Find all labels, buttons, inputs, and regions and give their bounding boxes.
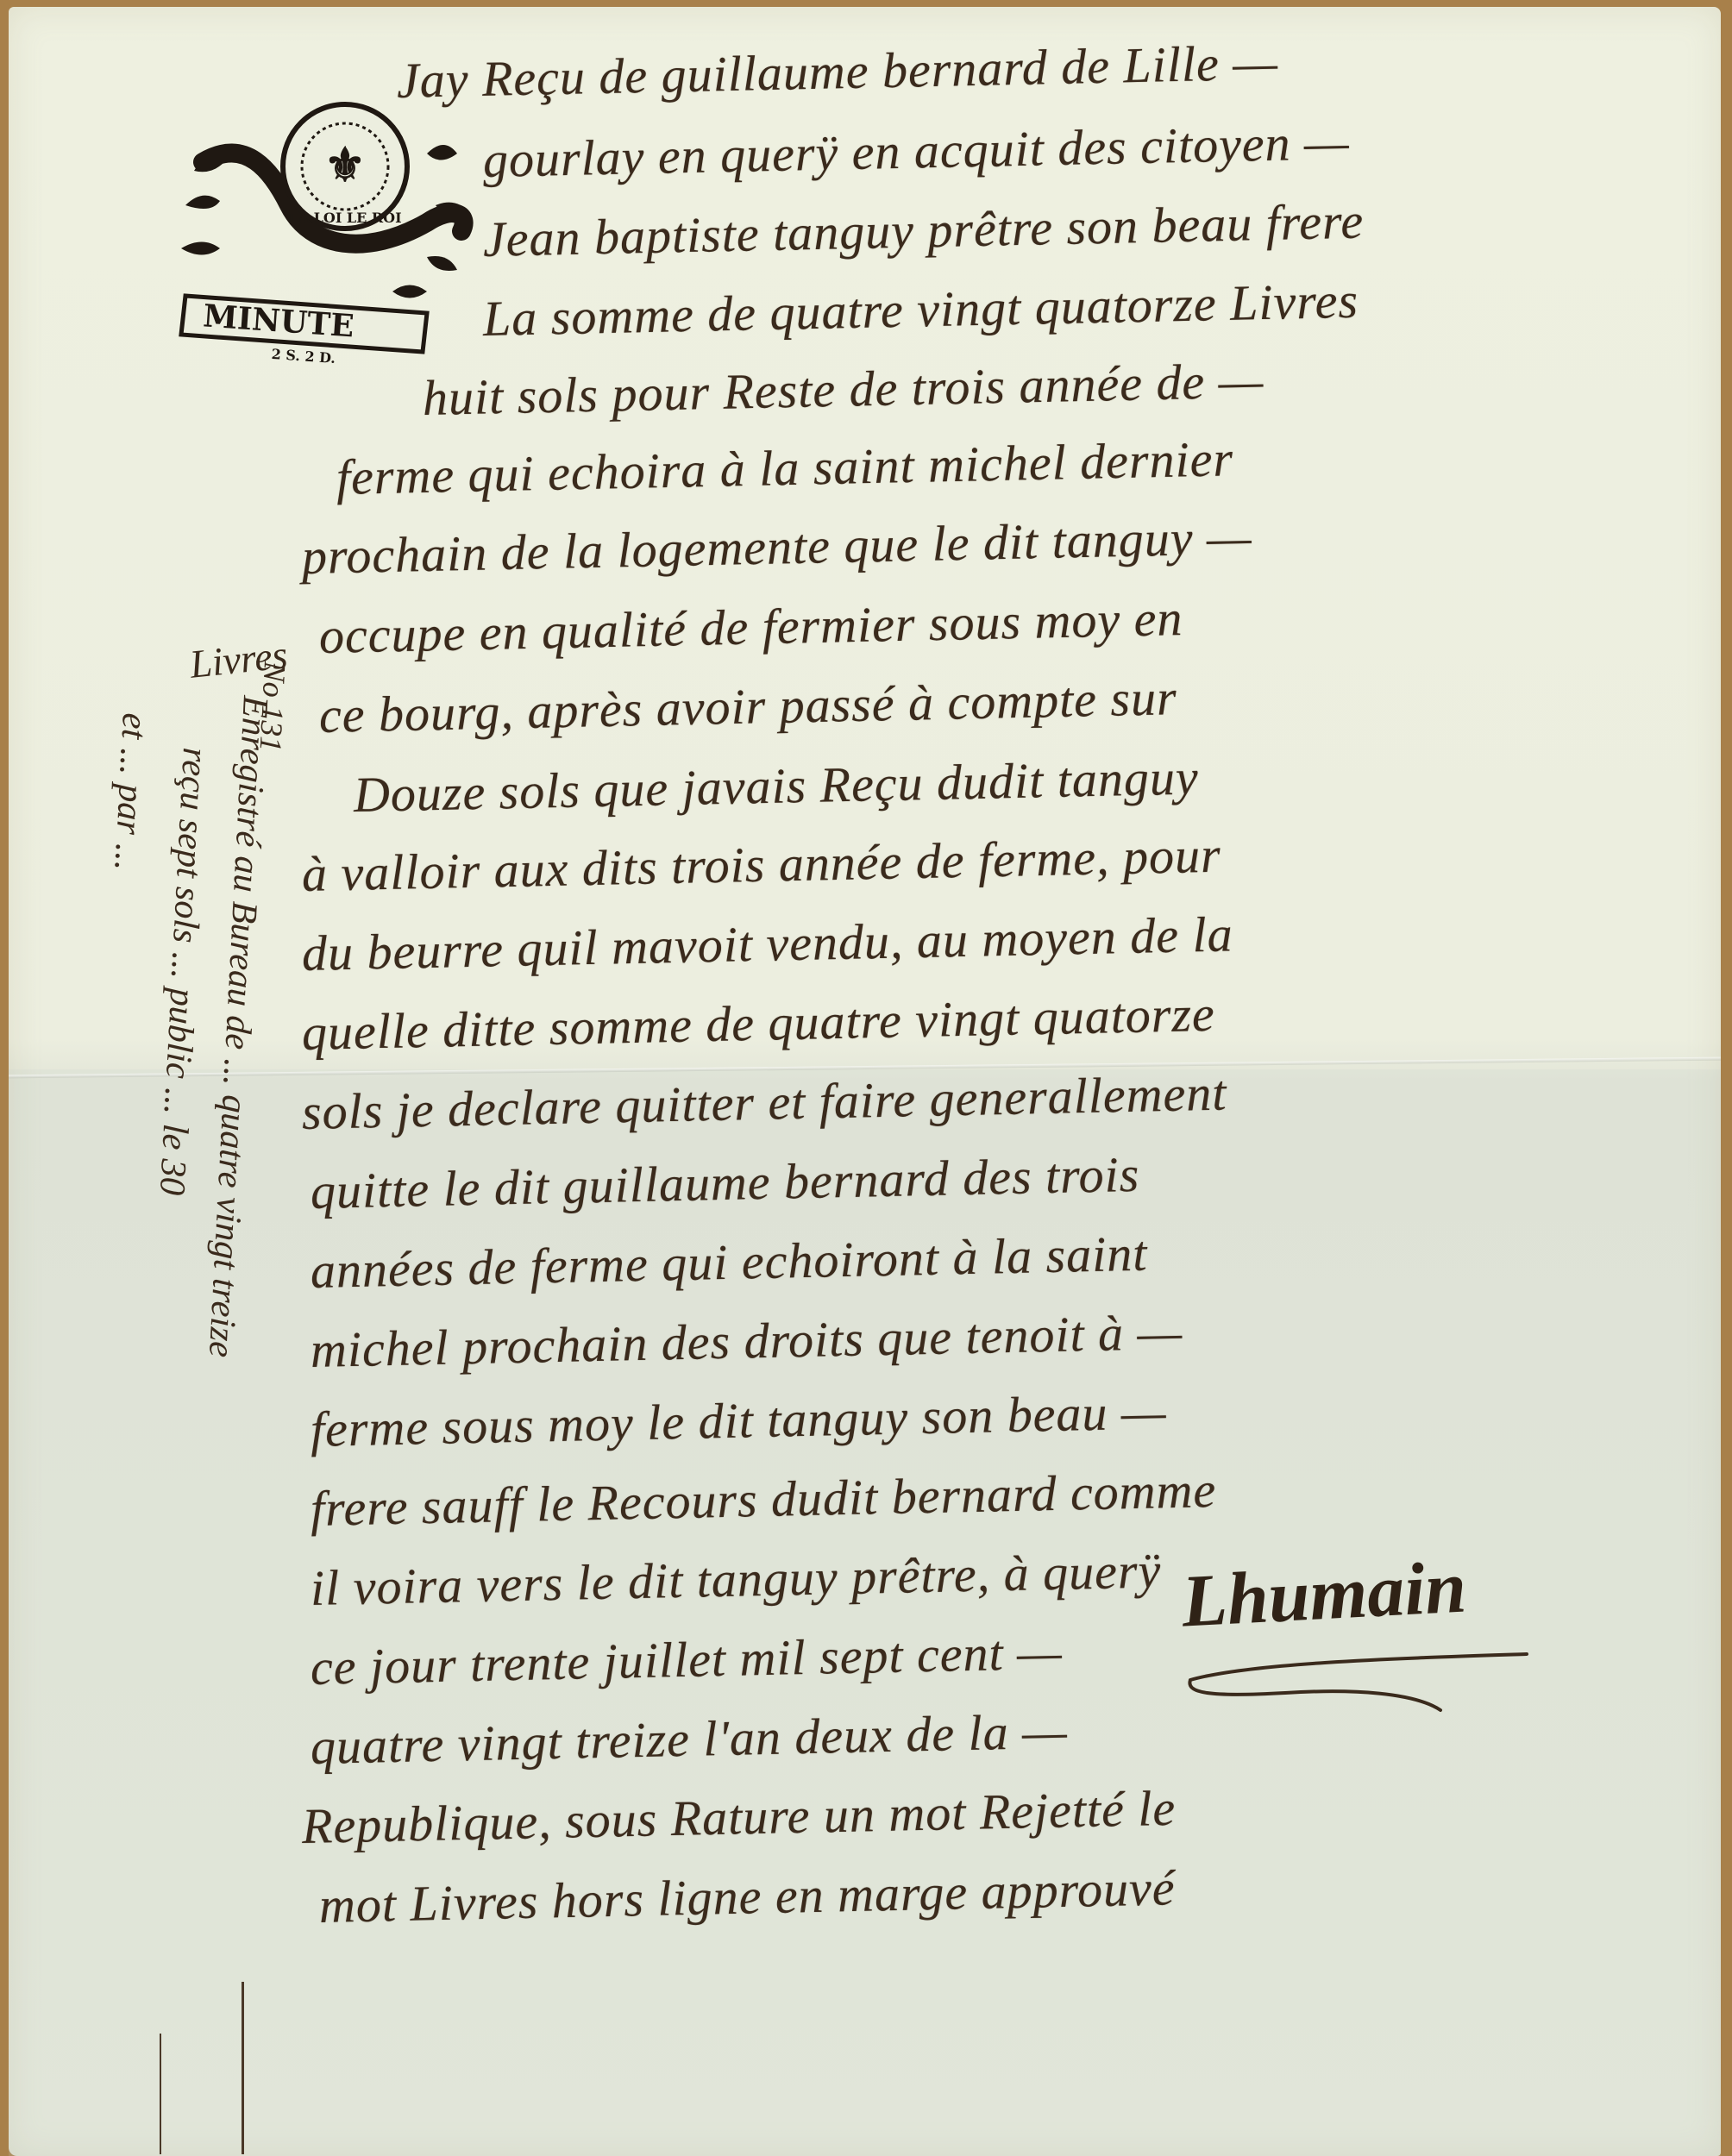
manuscript-page: ⚜ LA LOI LE ROI MINUTE 2 S. 2 D. Jay Reç… bbox=[9, 7, 1721, 2156]
margin-rule bbox=[160, 2034, 161, 2154]
signature-flourish-icon bbox=[1182, 1645, 1544, 1714]
margin-number: No 131 bbox=[253, 661, 293, 753]
signature: Lhumain bbox=[1180, 1543, 1469, 1644]
margin-note-third: et ... par ... bbox=[105, 711, 155, 871]
margin-rule bbox=[242, 1982, 244, 2154]
